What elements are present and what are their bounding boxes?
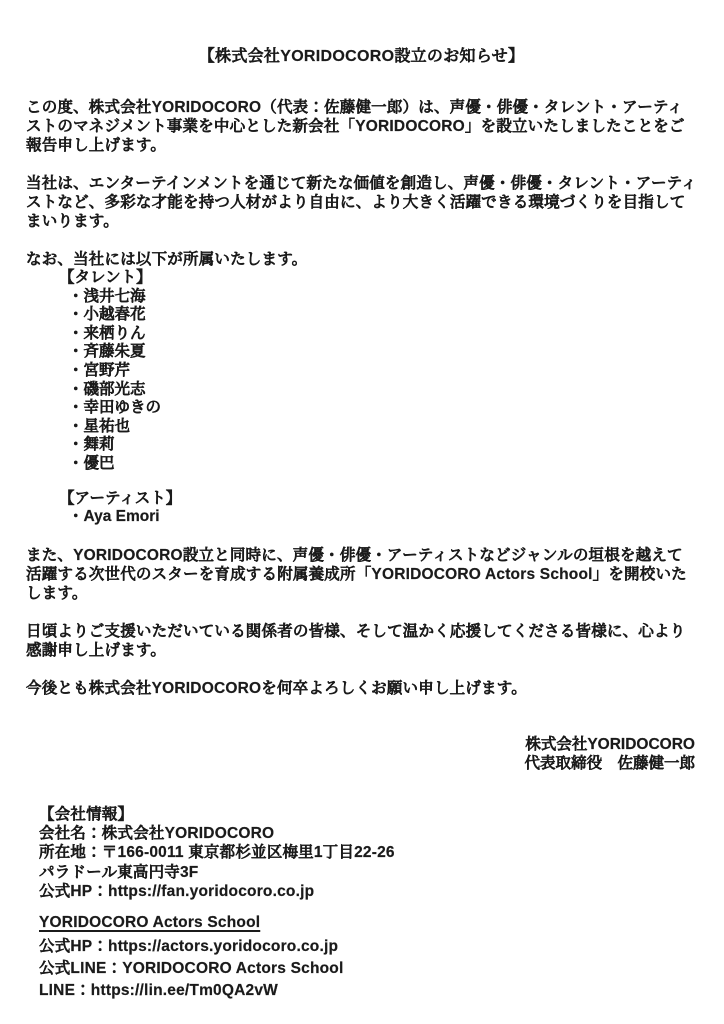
announcement-document: 【株式会社YORIDOCORO設立のお知らせ】 この度、株式会社YORIDOCO…	[0, 0, 724, 1024]
paragraph-school: また、YORIDOCORO設立と同時に、声優・俳優・アーティストなどジャンルの垣…	[26, 546, 697, 603]
company-address-line: 所在地：〒166-0011 東京都杉並区梅里1丁目22-26	[39, 843, 697, 862]
artist-member: ・Aya Emori	[26, 508, 697, 527]
talent-member: ・星祐也	[26, 418, 697, 437]
school-line-url-line: LINE：https://lin.ee/Tm0QA2vW	[39, 980, 697, 1002]
paragraph-intro: この度、株式会社YORIDOCORO（代表：佐藤健一郎）は、声優・俳優・タレント…	[26, 98, 697, 155]
talent-member: ・斉藤朱夏	[26, 343, 697, 362]
school-info-section: YORIDOCORO Actors School 公式HP：https://ac…	[26, 912, 697, 1002]
page-title: 【株式会社YORIDOCORO設立のお知らせ】	[26, 47, 697, 67]
talent-member: ・優巴	[26, 455, 697, 474]
artist-section: 【アーティスト】 ・Aya Emori	[26, 490, 697, 527]
talent-member: ・幸田ゆきの	[26, 399, 697, 418]
talent-member: ・宮野芹	[26, 362, 697, 381]
artist-heading: 【アーティスト】	[26, 490, 697, 509]
talent-member: ・舞莉	[26, 436, 697, 455]
school-line-account-line: 公式LINE：YORIDOCORO Actors School	[39, 958, 697, 980]
company-name-line: 会社名：株式会社YORIDOCORO	[39, 824, 697, 843]
signature-company: 株式会社YORIDOCORO	[26, 735, 695, 755]
company-info-section: 【会社情報】 会社名：株式会社YORIDOCORO 所在地：〒166-0011 …	[26, 805, 697, 901]
talent-member: ・磯部光志	[26, 381, 697, 400]
paragraph-vision: 当社は、エンターテインメントを通じて新たな価値を創造し、声優・俳優・タレント・ア…	[26, 174, 697, 231]
signature-representative: 代表取締役 佐藤健一郎	[26, 754, 695, 774]
signature-block: 株式会社YORIDOCORO 代表取締役 佐藤健一郎	[26, 735, 697, 774]
school-website-line: 公式HP：https://actors.yoridocoro.co.jp	[39, 936, 697, 958]
talent-section: 【タレント】 ・浅井七海 ・小越春花 ・来栖りん ・斉藤朱夏 ・宮野芹 ・磯部光…	[26, 269, 697, 474]
paragraph-gratitude: 日頃よりご支援いただいている関係者の皆様、そして温かく応援してくださる皆様に、心…	[26, 622, 697, 660]
talent-member: ・小越春花	[26, 306, 697, 325]
company-website-line: 公式HP：https://fan.yoridocoro.co.jp	[39, 882, 697, 901]
paragraph-roster-intro: なお、当社には以下が所属いたします。	[26, 250, 697, 269]
talent-member: ・来栖りん	[26, 325, 697, 344]
company-address-line2: パラドール東高円寺3F	[39, 863, 697, 882]
paragraph-closing: 今後とも株式会社YORIDOCOROを何卒よろしくお願い申し上げます。	[26, 679, 697, 698]
talent-heading: 【タレント】	[26, 269, 697, 288]
talent-member: ・浅井七海	[26, 288, 697, 307]
school-info-heading: YORIDOCORO Actors School	[39, 912, 268, 934]
company-info-heading: 【会社情報】	[39, 805, 697, 824]
